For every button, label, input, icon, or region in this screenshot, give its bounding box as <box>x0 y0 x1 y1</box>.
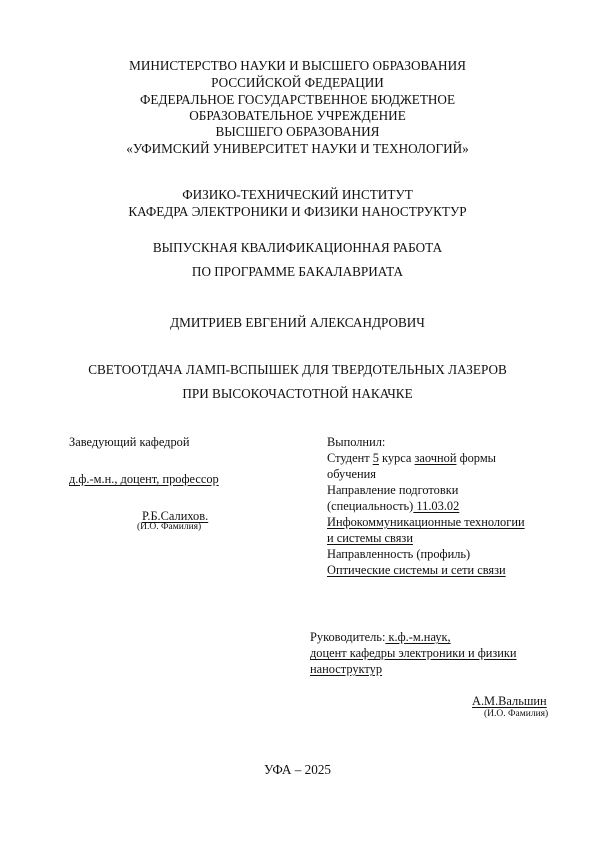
ministry-line-3: ФЕДЕРАЛЬНОЕ ГОСУДАРСТВЕННОЕ БЮДЖЕТНОЕ <box>0 91 595 108</box>
department-name: КАФЕДРА ЭЛЕКТРОНИКИ И ФИЗИКИ НАНОСТРУКТУ… <box>0 203 595 220</box>
specialty-line: (специальность) 11.03.02 <box>327 498 459 514</box>
profile-value: Оптические системы и сети связи <box>327 562 506 578</box>
head-of-department-name-caption: (И.О. Фамилия) <box>137 522 201 533</box>
supervisor-name-caption: (И.О. Фамилия) <box>484 709 548 720</box>
work-type-line-2: ПО ПРОГРАММЕ БАКАЛАВРИАТА <box>0 263 595 280</box>
university-name: «УФИМСКИЙ УНИВЕРСИТЕТ НАУКИ И ТЕХНОЛОГИЙ… <box>0 140 595 157</box>
student-course-line: Студент 5 курса заочной формы <box>327 450 496 466</box>
work-type-line-1: ВЫПУСКНАЯ КВАЛИФИКАЦИОННАЯ РАБОТА <box>0 239 595 256</box>
supervisor-degree-line-1: к.ф.-м.наук, <box>385 630 450 644</box>
thesis-title-line-2: ПРИ ВЫСОКОЧАСТОТНОЙ НАКАЧКЕ <box>0 385 595 402</box>
city-year: УФА – 2025 <box>0 761 595 778</box>
form-suffix: формы <box>456 451 496 465</box>
head-of-department-label: Заведующий кафедрой <box>69 434 190 450</box>
ministry-line-1: МИНИСТЕРСТВО НАУКИ И ВЫСШЕГО ОБРАЗОВАНИЯ <box>0 57 595 74</box>
ministry-line-4: ОБРАЗОВАТЕЛЬНОЕ УЧРЕЖДЕНИЕ <box>0 107 595 124</box>
study-form-line-2: обучения <box>327 466 376 482</box>
profile-label: Направленность (профиль) <box>327 546 470 562</box>
ministry-line-2: РОССИЙСКОЙ ФЕДЕРАЦИИ <box>0 74 595 91</box>
specialty-label: (специальность) <box>327 499 413 513</box>
supervisor-degree-line-3: наноструктур <box>310 661 382 677</box>
supervisor-line-1: Руководитель: к.ф.-м.наук, <box>310 629 451 645</box>
supervisor-degree-line-2: доцент кафедры электроники и физики <box>310 645 517 661</box>
supervisor-name: А.М.Вальшин <box>472 693 547 709</box>
title-page: { "header": { "ministry_lines": [ "МИНИС… <box>0 0 595 841</box>
supervisor-label: Руководитель: <box>310 630 385 644</box>
head-of-department-degree: д.ф.-м.н., доцент, профессор <box>69 471 219 487</box>
ministry-line-5: ВЫСШЕГО ОБРАЗОВАНИЯ <box>0 123 595 140</box>
study-form: заочной <box>415 451 457 465</box>
direction-label: Направление подготовки <box>327 482 458 498</box>
thesis-title-line-1: СВЕТООТДАЧА ЛАМП-ВСПЫШЕК ДЛЯ ТВЕРДОТЕЛЬН… <box>0 361 595 378</box>
specialty-code: 11.03.02 <box>413 499 459 513</box>
institute-name: ФИЗИКО-ТЕХНИЧЕСКИЙ ИНСТИТУТ <box>0 186 595 203</box>
performer-label: Выполнил: <box>327 434 385 450</box>
student-prefix: Студент <box>327 451 373 465</box>
specialty-name-line-2: и системы связи <box>327 530 413 546</box>
specialty-name-line-1: Инфокоммуникационные технологии <box>327 514 525 530</box>
course-text: курса <box>379 451 415 465</box>
author-name: ДМИТРИЕВ ЕВГЕНИЙ АЛЕКСАНДРОВИЧ <box>0 314 595 331</box>
